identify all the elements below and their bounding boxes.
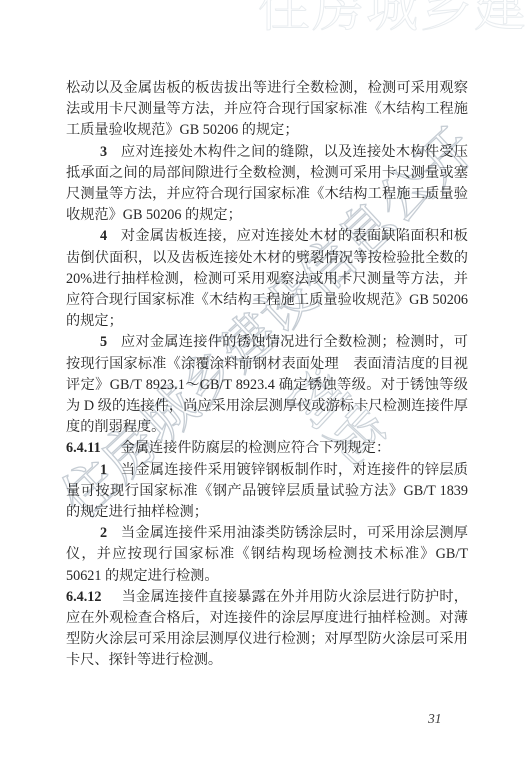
paragraph: 3应对连接处木构件之间的缝隙，以及连接处木构件受压抵承面之间的局部间隙进行全数检… bbox=[66, 142, 468, 227]
paragraph: 1当金属连接件采用镀锌钢板制作时，对连接件的锌层质量可按现行国家标准《钢产品镀锌… bbox=[66, 460, 468, 524]
paragraph-text: 当金属连接件采用镀锌钢板制作时，对连接件的锌层质量可按现行国家标准《钢产品镀锌层… bbox=[66, 462, 468, 520]
paragraph-text: 应对金属连接件的锈蚀情况进行全数检测；检测时，可按现行国家标准《涂覆涂料前钢材表… bbox=[66, 334, 468, 435]
page-body-text: 松动以及金属齿板的板齿拔出等进行全数检测，检测可采用观察法或用卡尺测量等方法，并… bbox=[66, 78, 468, 672]
paragraph: 松动以及金属齿板的板齿拔出等进行全数检测，检测可采用观察法或用卡尺测量等方法，并… bbox=[66, 78, 468, 142]
paragraph: 2当金属连接件采用油漆类防锈涂层时，可采用涂层测厚仪，并应按现行国家标准《钢结构… bbox=[66, 523, 468, 587]
paragraph-lead: 5 bbox=[100, 334, 107, 350]
paragraph-lead: 6.4.11 bbox=[66, 440, 101, 456]
paragraph-text: 金属连接件防腐层的检测应符合下列规定： bbox=[121, 440, 391, 456]
paragraph-text: 当金属连接件直接暴露在外并用防火涂层进行防护时，应在外观检查合格后，对连接件的涂… bbox=[66, 589, 468, 669]
paragraph: 6.4.12当金属连接件直接暴露在外并用防火涂层进行防护时，应在外观检查合格后，… bbox=[66, 587, 468, 672]
paragraph-lead: 6.4.12 bbox=[66, 589, 101, 605]
paragraph-lead: 3 bbox=[100, 144, 107, 160]
document-page: 住房城乡建设信息公开 住房城乡建设信息公开 浏览 松动以及金属齿板的板齿拔出等进… bbox=[0, 0, 529, 766]
paragraph-lead: 1 bbox=[100, 462, 107, 478]
page-number: 31 bbox=[428, 711, 442, 727]
watermark-top-row: 住房城乡建设信息公开 bbox=[258, 0, 529, 41]
paragraph-lead: 2 bbox=[100, 525, 107, 541]
paragraph-lead: 4 bbox=[100, 228, 107, 244]
paragraph-text: 应对连接处木构件之间的缝隙，以及连接处木构件受压抵承面之间的局部间隙进行全数检测… bbox=[66, 144, 468, 224]
paragraph: 4对金属齿板连接，应对连接处木材的表面缺陷面积和板齿倒伏面积，以及齿板连接处木材… bbox=[66, 226, 468, 332]
paragraph: 6.4.11金属连接件防腐层的检测应符合下列规定： bbox=[66, 438, 468, 459]
paragraph: 5应对金属连接件的锈蚀情况进行全数检测；检测时，可按现行国家标准《涂覆涂料前钢材… bbox=[66, 332, 468, 438]
paragraph-text: 对金属齿板连接，应对连接处木材的表面缺陷面积和板齿倒伏面积，以及齿板连接处木材的… bbox=[66, 228, 468, 329]
paragraph-text: 当金属连接件采用油漆类防锈涂层时，可采用涂层测厚仪，并应按现行国家标准《钢结构现… bbox=[66, 525, 468, 583]
paragraph-text: 松动以及金属齿板的板齿拔出等进行全数检测，检测可采用观察法或用卡尺测量等方法，并… bbox=[66, 80, 468, 138]
